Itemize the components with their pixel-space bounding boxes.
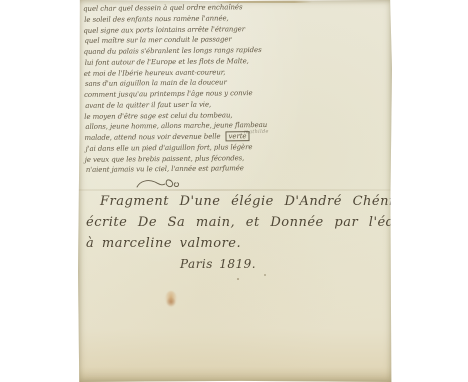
ink-stain <box>165 291 177 307</box>
poem-line-text: malade, attend nous voir devenue belle <box>84 132 220 141</box>
poem-line: comment jusqu'au printemps l'âge nous y … <box>84 88 252 101</box>
poem-line: lui font autour de l'Europe et les flots… <box>85 56 252 68</box>
dateline: Paris 1819. <box>180 254 386 274</box>
scanned-manuscript-screenshot: quel char quel dessein à quel ordre ench… <box>0 0 468 382</box>
poem-line: n'aient jamais vu le ciel, l'année est p… <box>86 163 253 175</box>
inscription-line-1: Fragment D'une élégie D'André Chénier <box>100 191 386 212</box>
paper-speck <box>237 278 239 280</box>
paper-speck <box>264 274 266 276</box>
manuscript-page: quel char quel dessein à quel ordre ench… <box>78 0 392 382</box>
inscription-line-3: à marceline valmore. <box>86 233 386 254</box>
inscription-block: Fragment D'une élégie D'André Chénier éc… <box>86 191 386 274</box>
inscription-line-2: écrite De Sa main, et Donnée par l'édite… <box>86 212 386 233</box>
marginal-note: mathilde <box>244 129 269 136</box>
poem-block: quel char quel dessein à quel ordre ench… <box>83 2 253 176</box>
